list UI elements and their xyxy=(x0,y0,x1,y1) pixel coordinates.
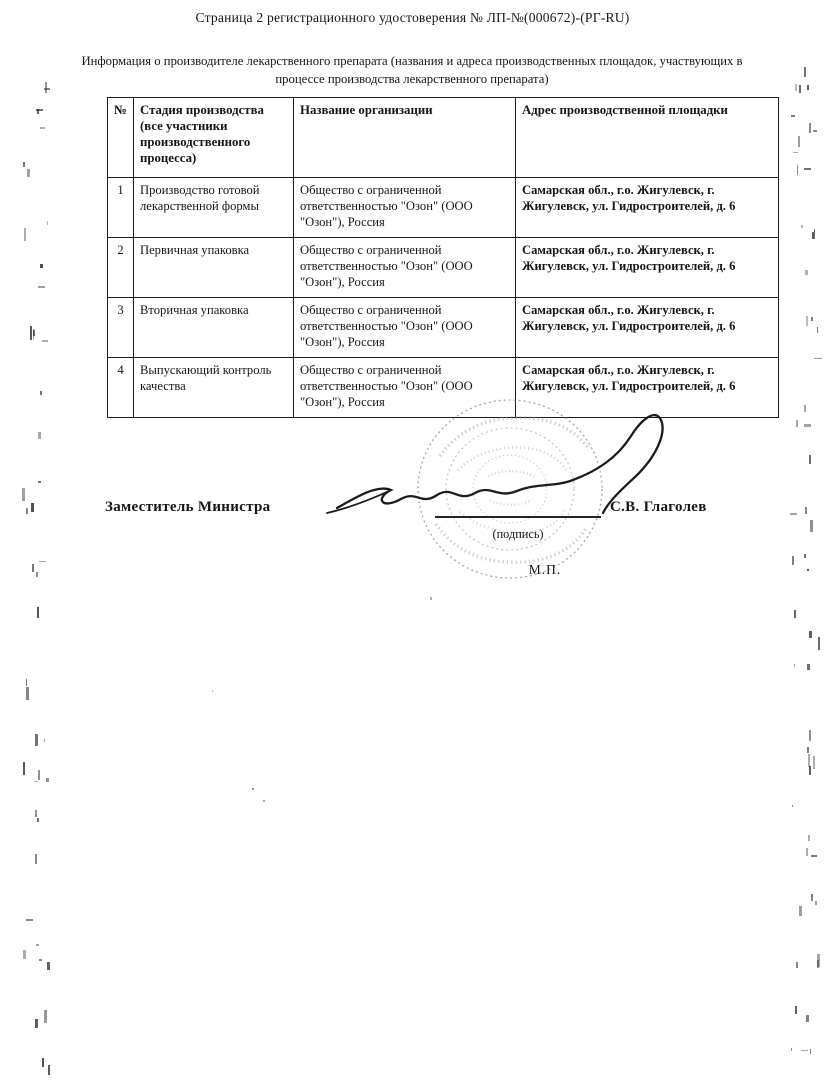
manufacturer-table: № Стадия производства (все участники про… xyxy=(107,97,779,418)
scanned-document-page: Страница 2 регистрационного удостоверени… xyxy=(0,0,825,1092)
header-cell-num: № xyxy=(108,98,134,178)
cell-num: 1 xyxy=(108,178,134,238)
cell-num: 4 xyxy=(108,358,134,418)
table-row: 1 Производство готовой лекарственной фор… xyxy=(108,178,779,238)
signatory-name: С.В. Глаголев xyxy=(610,499,707,516)
cell-stage: Вторичная упаковка xyxy=(134,298,294,358)
seal-place-caption: М.П. xyxy=(505,562,585,578)
table-header-row: № Стадия производства (все участники про… xyxy=(108,98,779,178)
cell-num: 3 xyxy=(108,298,134,358)
table-row: 3 Вторичная упаковка Общество с ограниче… xyxy=(108,298,779,358)
cell-address: Самарская обл., г.о. Жигулевск, г. Жигул… xyxy=(516,178,779,238)
page-title: Страница 2 регистрационного удостоверени… xyxy=(0,10,825,26)
cell-org: Общество с ограниченной ответственностью… xyxy=(294,178,516,238)
signature-line xyxy=(435,516,601,518)
cell-stage: Первичная упаковка xyxy=(134,238,294,298)
cell-address: Самарская обл., г.о. Жигулевск, г. Жигул… xyxy=(516,298,779,358)
cell-stage: Выпускающий контроль качества xyxy=(134,358,294,418)
document-subtitle: Информация о производителе лекарственног… xyxy=(62,52,762,88)
header-cell-address: Адрес производственной площадки xyxy=(516,98,779,178)
cell-address: Самарская обл., г.о. Жигулевск, г. Жигул… xyxy=(516,238,779,298)
header-cell-stage: Стадия производства (все участники произ… xyxy=(134,98,294,178)
table-row: 2 Первичная упаковка Общество с ограниче… xyxy=(108,238,779,298)
header-cell-org: Название организации xyxy=(294,98,516,178)
cell-org: Общество с ограниченной ответственностью… xyxy=(294,238,516,298)
signatory-title: Заместитель Министра xyxy=(105,499,270,516)
cell-org: Общество с ограниченной ответственностью… xyxy=(294,298,516,358)
signature-caption: (подпись) xyxy=(435,527,601,542)
cell-stage: Производство готовой лекарственной формы xyxy=(134,178,294,238)
cell-num: 2 xyxy=(108,238,134,298)
